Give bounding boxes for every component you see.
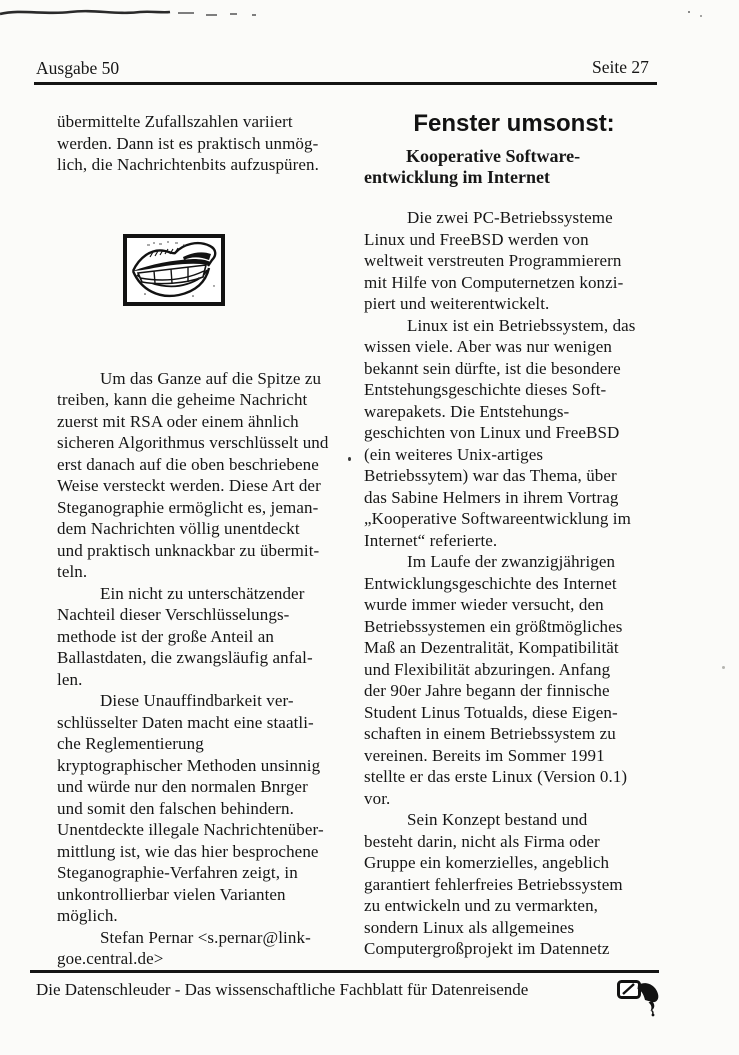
header-page-number: Seite 27 [592,57,649,78]
scan-artifact-dot [700,15,702,17]
header-rule [34,82,657,85]
scan-artifact-squiggle [0,2,280,22]
article-headline: Fenster umsonst: [364,110,664,138]
lips-clipart [123,234,225,306]
body-paragraph: Ein nicht zu unterschätzender Nachteil d… [57,583,357,691]
scanned-magazine-page: Ausgabe 50 Seite 27 übermittelte Zufalls… [0,0,739,1055]
header-issue-label: Ausgabe 50 [36,58,119,79]
body-paragraph: Sein Konzept bestand und besteht darin, … [364,809,664,960]
right-column: Fenster umsonst: Kooperative Software- e… [364,110,664,960]
body-paragraph: Die zwei PC-Betriebssysteme Linux und Fr… [364,207,664,315]
body-paragraph: Um das Ganze auf die Spitze zu treiben, … [57,368,357,583]
scan-artifact-dot [688,11,690,13]
body-paragraph: Im Laufe der zwanzigjährigen Entwicklung… [364,551,664,809]
body-paragraph: Linux ist ein Betriebssystem, das wissen… [364,315,664,552]
body-paragraph: übermittelte Zufallszahlen variiert werd… [57,111,357,176]
author-signature: Stefan Pernar <s.pernar@link- goe.centra… [57,927,357,970]
left-column: übermittelte Zufallszahlen variiert werd… [57,111,357,970]
fuel-nozzle-icon [616,975,666,1017]
body-paragraph: Diese Unauffindbarkeit ver- schlüsselter… [57,690,357,927]
scan-artifact-dot [722,666,725,669]
article-subtitle: Kooperative Software- entwicklung im Int… [364,146,664,188]
footer-rule [30,970,659,973]
footer-imprint: Die Datenschleuder - Das wissenschaftlic… [36,980,528,1000]
